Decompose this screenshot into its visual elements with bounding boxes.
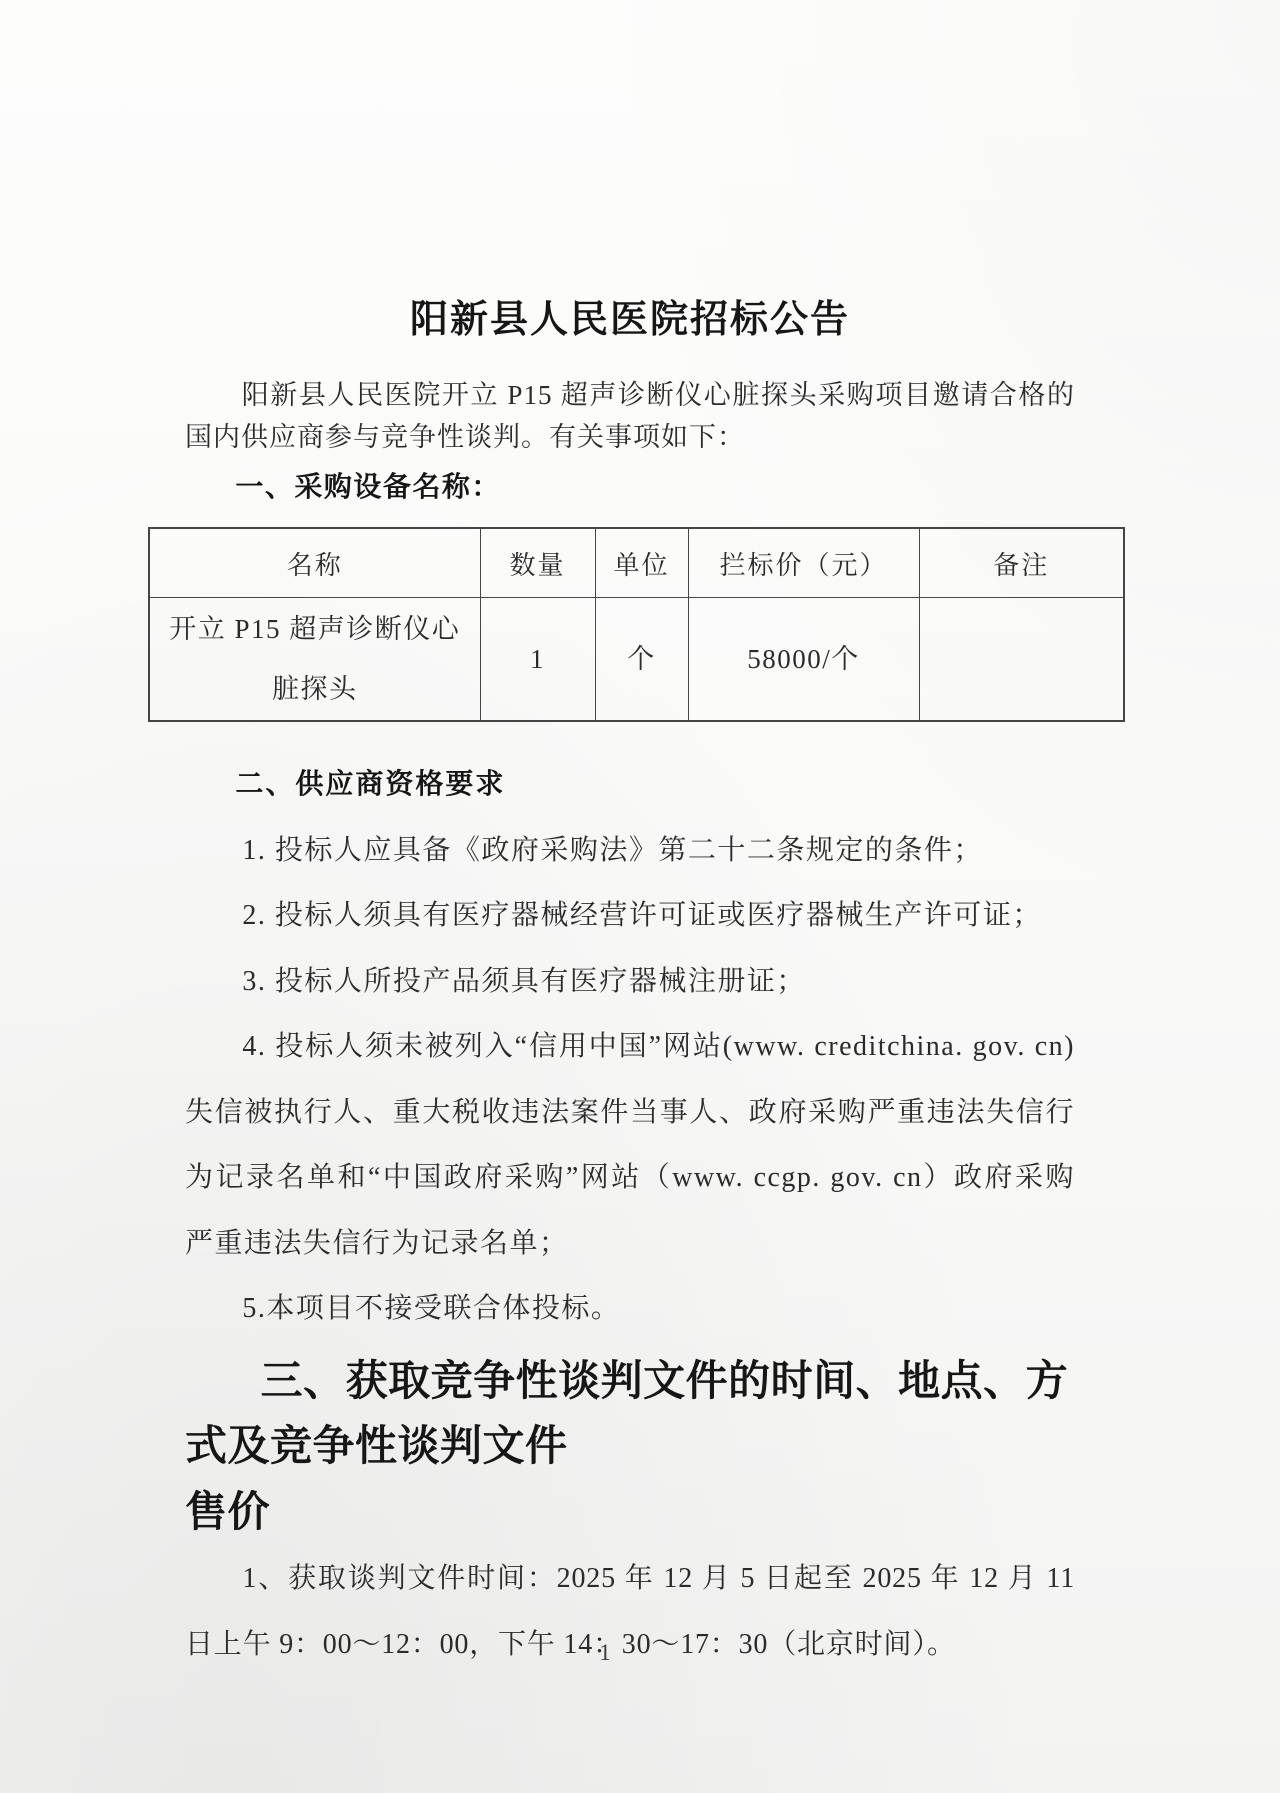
table-row: 开立 P15 超声诊断仪心脏探头 1 个 58000/个: [149, 598, 1124, 722]
equipment-table-header: 名称 数量 单位 拦标价（元） 备注: [149, 528, 1124, 598]
section3-heading-line2: 售价: [185, 1490, 270, 1536]
qualification-item-1: 1. 投标人应具备《政府采购法》第二十二条规定的条件；: [185, 818, 1075, 884]
page-number: 1: [0, 1640, 1210, 1666]
intro-paragraph: 阳新县人民医院开立 P15 超声诊断仪心脏探头采购项目邀请合格的国内供应商参与竞…: [185, 374, 1075, 458]
qualification-item-4: 4. 投标人须未被列入“信用中国”网站(www. creditchina. go…: [185, 1014, 1075, 1276]
cell-cap-price: 58000/个: [688, 598, 919, 722]
column-header-unit: 单位: [595, 528, 688, 598]
document-content: 阳新县人民医院招标公告 阳新县人民医院开立 P15 超声诊断仪心脏探头采购项目邀…: [0, 296, 1280, 1677]
section2-supplier-qualifications: 二、供应商资格要求 1. 投标人应具备《政府采购法》第二十二条规定的条件； 2.…: [185, 752, 1075, 1342]
cell-unit: 个: [595, 598, 688, 722]
cell-equipment-name: 开立 P15 超声诊断仪心脏探头: [149, 598, 480, 722]
section2-heading: 二、供应商资格要求: [185, 752, 1075, 818]
table-header-row: 名称 数量 单位 拦标价（元） 备注: [149, 528, 1124, 598]
equipment-table: 名称 数量 单位 拦标价（元） 备注 开立 P15 超声诊断仪心脏探头 1 个 …: [148, 527, 1125, 722]
qualification-item-2: 2. 投标人须具有医疗器械经营许可证或医疗器械生产许可证；: [185, 883, 1075, 949]
qualification-item-5: 5.本项目不接受联合体投标。: [185, 1276, 1075, 1342]
section1-heading: 一、采购设备名称：: [185, 466, 1075, 510]
section3-document-acquisition: 三、获取竞争性谈判文件的时间、地点、方式及竞争性谈判文件售价 1、获取谈判文件时…: [185, 1350, 1075, 1678]
column-header-quantity: 数量: [480, 528, 595, 598]
section3-heading: 三、获取竞争性谈判文件的时间、地点、方式及竞争性谈判文件售价: [185, 1350, 1075, 1547]
section3-heading-line1: 三、获取竞争性谈判文件的时间、地点、方式及竞争性谈判文件: [185, 1359, 1068, 1471]
scanned-document-page: 阳新县人民医院招标公告 阳新县人民医院开立 P15 超声诊断仪心脏探头采购项目邀…: [0, 0, 1280, 1793]
equipment-table-body: 开立 P15 超声诊断仪心脏探头 1 个 58000/个: [149, 598, 1124, 722]
cell-remark: [919, 598, 1124, 722]
document-title: 阳新县人民医院招标公告: [185, 296, 1075, 344]
column-header-remark: 备注: [919, 528, 1124, 598]
cell-quantity: 1: [480, 598, 595, 722]
column-header-name: 名称: [149, 528, 480, 598]
qualification-item-3: 3. 投标人所投产品须具有医疗器械注册证；: [185, 949, 1075, 1015]
column-header-cap-price: 拦标价（元）: [688, 528, 919, 598]
